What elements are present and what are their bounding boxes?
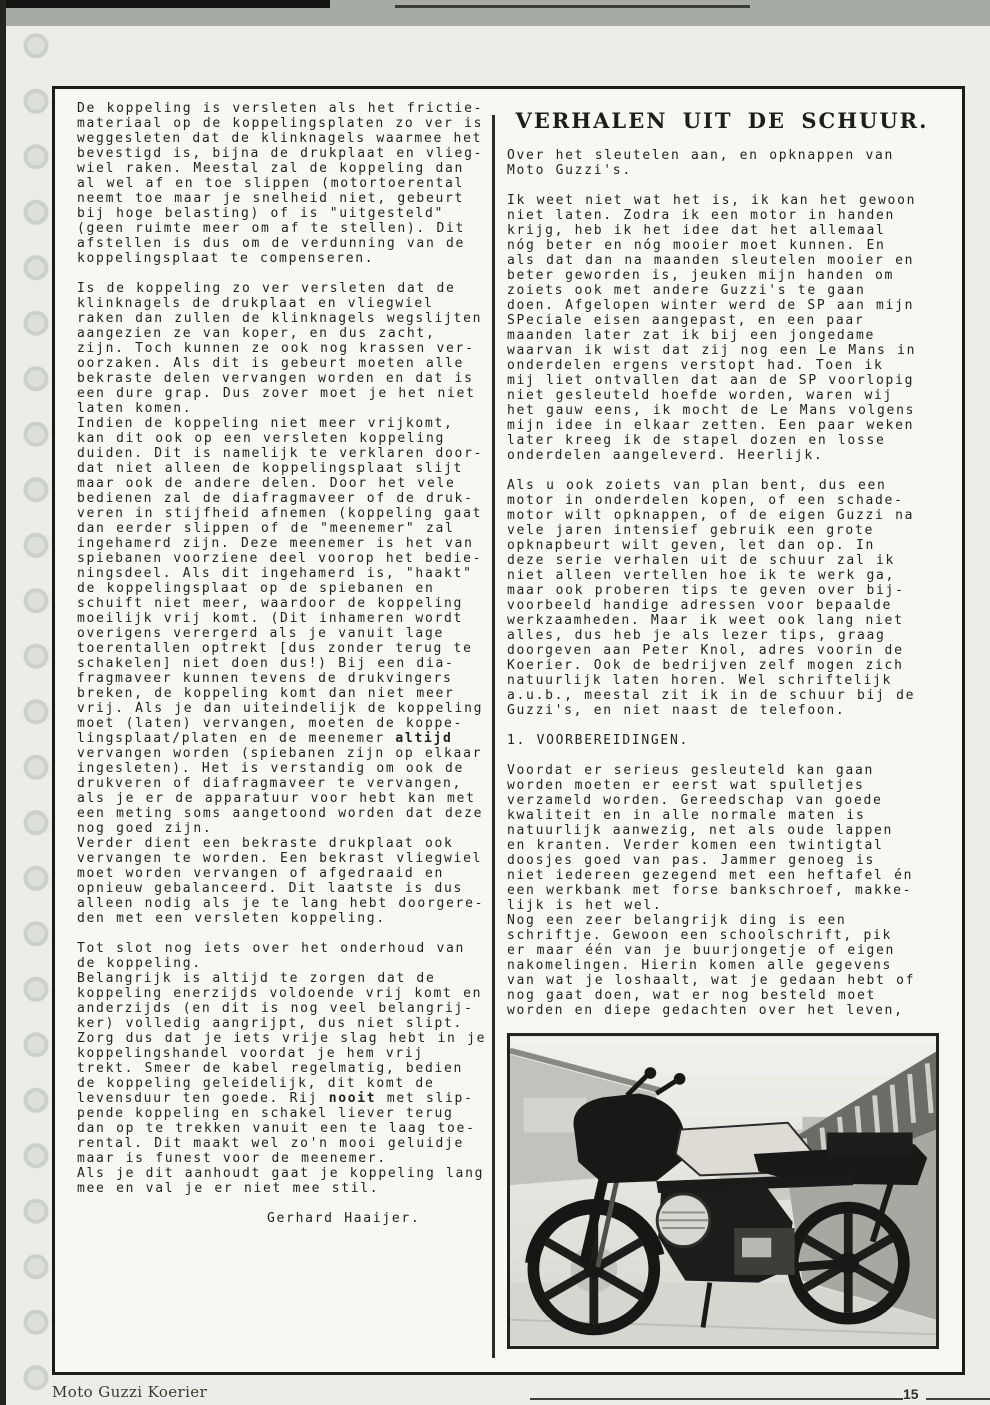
clutch-paragraph-2-bold: altijd xyxy=(395,731,452,746)
schuur-paragraph-3: Voordat er serieus gesleuteld kan gaan w… xyxy=(507,763,947,1018)
clutch-paragraph-3-bold: nooit xyxy=(329,1091,377,1106)
scan-edge-top-thin xyxy=(395,5,750,8)
binder-holes xyxy=(20,18,52,1394)
article-column-clutch: De koppeling is versleten als het fricti… xyxy=(77,101,489,1226)
schuur-paragraph-2: Als u ook zoiets van plan bent, dus een … xyxy=(507,478,947,718)
clutch-paragraph-2-rest: vervangen worden (spiebanen zijn op elka… xyxy=(77,746,484,926)
motorcycle-photo xyxy=(507,1033,939,1349)
clutch-paragraph-1: De koppeling is versleten als het fricti… xyxy=(77,101,489,266)
article-column-schuur: VERHALEN UIT DE SCHUUR. Over het sleutel… xyxy=(507,101,947,1349)
column-divider xyxy=(492,115,495,1358)
motorcycle-photo-art xyxy=(510,1036,936,1346)
magazine-brand: Moto Guzzi Koerier xyxy=(52,1383,207,1401)
content-frame: De koppeling is versleten als het fricti… xyxy=(52,86,965,1375)
clutch-paragraph-2-text: Is de koppeling zo ver versleten dat de … xyxy=(77,281,483,746)
footer-rule-left xyxy=(530,1398,903,1400)
clutch-paragraph-2: Is de koppeling zo ver versleten dat de … xyxy=(77,281,489,926)
clutch-paragraph-3-rest: met slip- pende koppeling en schakel lie… xyxy=(77,1091,484,1196)
schuur-paragraph-1: Ik weet niet wat het is, ik kan het gewo… xyxy=(507,193,947,463)
scan-edge-top xyxy=(0,0,330,8)
clutch-paragraph-3-text: Tot slot nog iets over het onderhoud van… xyxy=(77,941,486,1106)
page-number: 15 xyxy=(903,1386,919,1402)
footer-rule-right xyxy=(926,1398,990,1400)
author-signature: Gerhard Haaijer. xyxy=(267,1211,489,1226)
clutch-paragraph-3: Tot slot nog iets over het onderhoud van… xyxy=(77,941,489,1196)
section-heading-voorbereidingen: 1. VOORBEREIDINGEN. xyxy=(507,733,947,748)
scan-edge-left xyxy=(0,0,6,1405)
schuur-intro: Over het sleutelen aan, en opknappen van… xyxy=(507,148,947,178)
story-title: VERHALEN UIT DE SCHUUR. xyxy=(507,113,937,128)
